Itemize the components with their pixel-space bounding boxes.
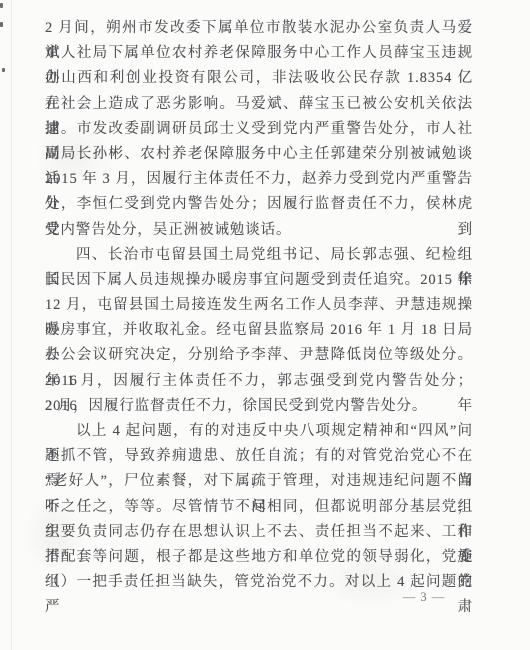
text-line: 2 月间，朔州市发改委下属单位市散装水泥办公室负责人马爱斌、 (45, 16, 473, 41)
text-line: 不配套等问题，根子都是这些地方和单位党的领导弱化，党委（党 (45, 545, 473, 570)
text-line: 2015 年 3 月，因履行主体责任不力，赵养力受到党内严重警告处 (45, 167, 473, 192)
scan-speck (0, 3, 3, 8)
page-number: — 3 — (396, 590, 452, 605)
text-line: 办公会议研究决定，分别给予李萍、尹慧降低岗位等级处分。2016 (45, 343, 473, 368)
document-body: 2 月间，朔州市发改委下属单位市散装水泥办公室负责人马爱斌、市人社局下属单位农村… (45, 16, 473, 595)
text-line: 暖房事宜，并收取礼金。经屯留县监察局 2016 年 1 月 18 日局长 (45, 318, 473, 343)
text-line: 听之任之，等等。尽管情节不尽相同，但都说明部分基层党组织和 (45, 495, 473, 520)
text-line: 在社会上造成了恶劣影响。马爱斌、薛宝玉已被公安机关依法逮 (45, 92, 473, 117)
text-line: 国民因下属人员违规操办暖房事宜问题受到责任追究。2015 年 (45, 268, 473, 293)
text-line: 12 月，屯留县国土局接连发生两名工作人员李萍、尹慧违规操办 (45, 293, 473, 318)
scan-speck (2, 68, 5, 72)
text-line: 主要负责同志仍存在思想认识上不去、责任担当不起来、工作措施 (45, 520, 473, 545)
text-line: “老好人”，尸位素餐，对下属疏于管理，对违规违纪问题不闻不问， (45, 469, 473, 494)
text-line: 办山西和利创业投资有限公司，非法吸收公民存款 1.8354 亿元， (45, 66, 473, 91)
scanned-document-page: 2 月间，朔州市发改委下属单位市散装水泥办公室负责人马爱斌、市人社局下属单位农村… (0, 0, 530, 650)
text-line: 以上 4 起问题，有的对违反中央八项规定精神和“四风”问题 (45, 419, 473, 444)
scan-speck (0, 22, 3, 27)
text-line: 不抓不管，导致养痈遗患、放任自流；有的对管党治党心不在焉，当 (45, 444, 473, 469)
text-line: 2 月，因履行监督责任不力，徐国民受到党内警告处分。 (45, 394, 473, 419)
text-line: 年 1 月，因履行主体责任不力，郭志强受到党内警告处分；2016 年 (45, 369, 473, 394)
text-line: 市人社局下属单位农村养老保障服务中心工作人员薛宝玉违规创 (45, 41, 473, 66)
text-line: 分，李恒仁受到党内警告处分；因履行监督责任不力，侯林虎受到 (45, 192, 473, 217)
page-edge-shadow (11, 0, 12, 650)
text-line: 副局长孙彬、农村养老保障服务中心主任郭建荣分别被诫勉谈话。 (45, 142, 473, 167)
text-line: 捕。市发改委副调研员邱士义受到党内严重警告处分，市人社局 (45, 117, 473, 142)
text-line: 四、长治市屯留县国土局党组书记、局长郭志强、纪检组长徐 (45, 243, 473, 268)
